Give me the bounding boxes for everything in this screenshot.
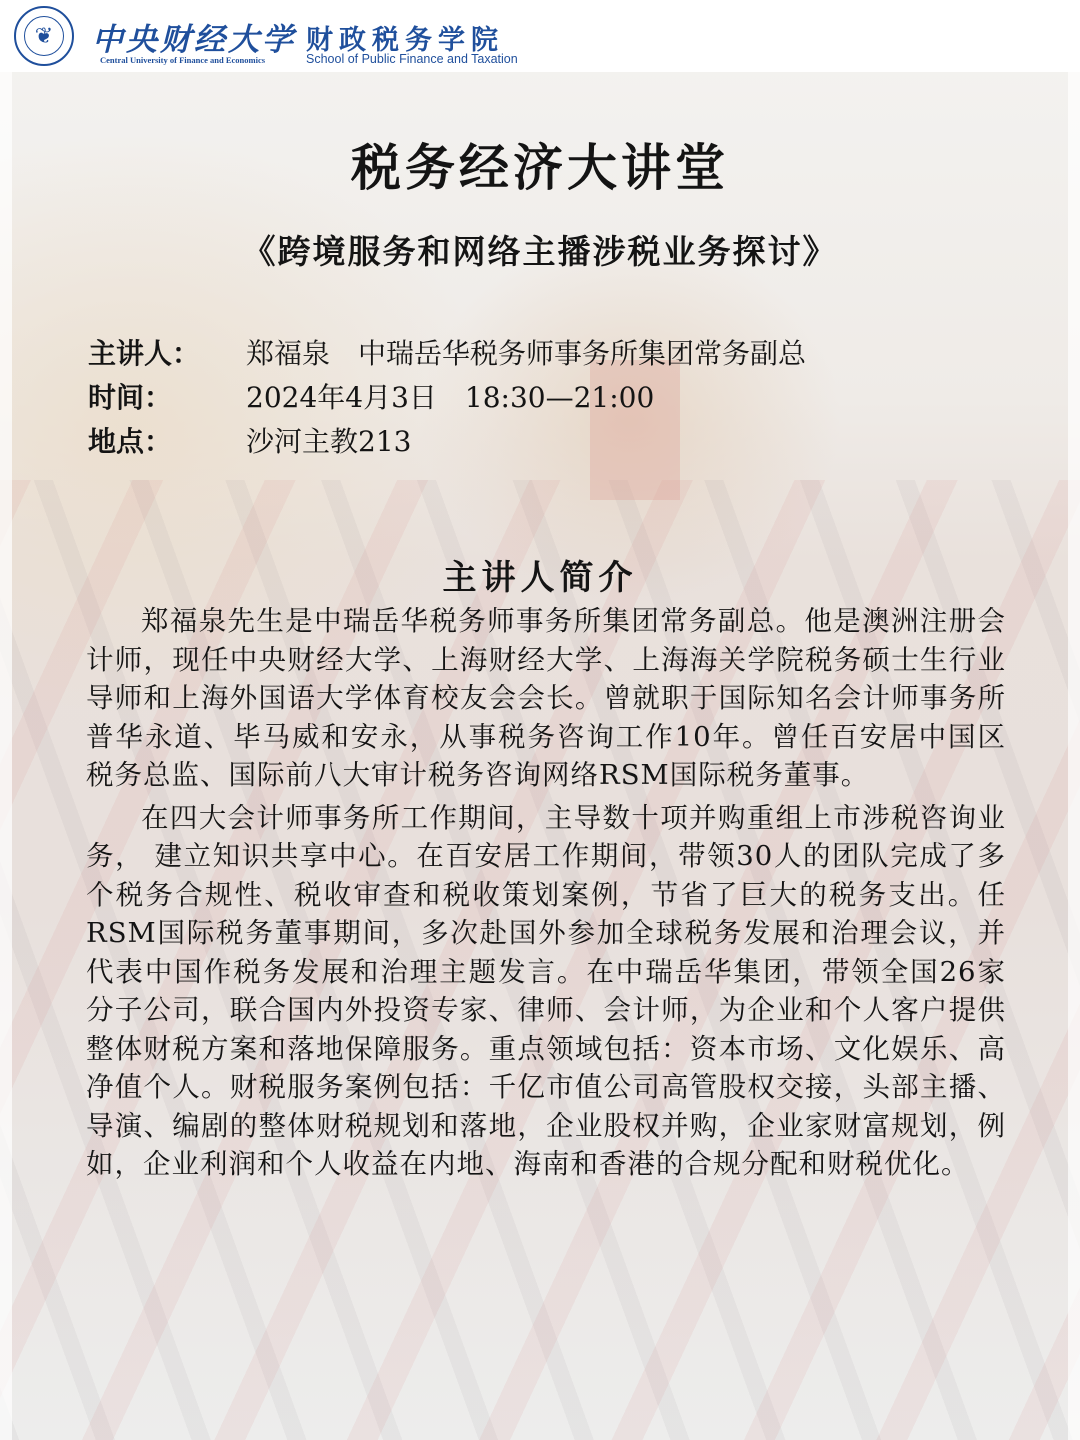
page-title: 税务经济大讲堂	[0, 128, 1080, 200]
info-value: 2024年4月3日 18:30—21:00	[246, 376, 654, 416]
speaker-bio: 郑福泉先生是中瑞岳华税务师事务所集团常务副总。他是澳洲注册会计师，现任中央财经大…	[86, 602, 1006, 1188]
lecture-subtitle: 《跨境服务和网络主播涉税业务探讨》	[0, 226, 1080, 273]
info-value: 郑福泉 中瑞岳华税务师事务所集团常务副总	[246, 332, 806, 372]
info-row-location: 地点： 沙河主教213	[88, 418, 806, 462]
bio-heading: 主讲人简介	[0, 550, 1080, 599]
school-name-en: School of Public Finance and Taxation	[306, 52, 518, 66]
info-label: 主讲人：	[88, 332, 246, 372]
bio-paragraph: 郑福泉先生是中瑞岳华税务师事务所集团常务副总。他是澳洲注册会计师，现任中央财经大…	[86, 602, 1006, 795]
event-info: 主讲人： 郑福泉 中瑞岳华税务师事务所集团常务副总 时间： 2024年4月3日 …	[88, 330, 806, 462]
info-row-time: 时间： 2024年4月3日 18:30—21:00	[88, 374, 806, 418]
university-name-cn: 中央财经大学	[92, 14, 296, 59]
right-border	[1068, 70, 1080, 1440]
bio-paragraph: 在四大会计师事务所工作期间，主导数十项并购重组上市涉税咨询业务， 建立知识共享中…	[86, 799, 1006, 1184]
university-seal-icon: ❦	[14, 6, 74, 66]
header-banner: ❦ 中央财经大学 Central University of Finance a…	[0, 0, 1080, 72]
info-label: 时间：	[88, 376, 246, 416]
university-name-en: Central University of Finance and Econom…	[100, 55, 265, 65]
info-label: 地点：	[88, 420, 246, 460]
seal-emblem-icon: ❦	[24, 16, 64, 56]
info-row-speaker: 主讲人： 郑福泉 中瑞岳华税务师事务所集团常务副总	[88, 330, 806, 374]
info-value: 沙河主教213	[246, 420, 411, 460]
left-border	[0, 70, 12, 1440]
